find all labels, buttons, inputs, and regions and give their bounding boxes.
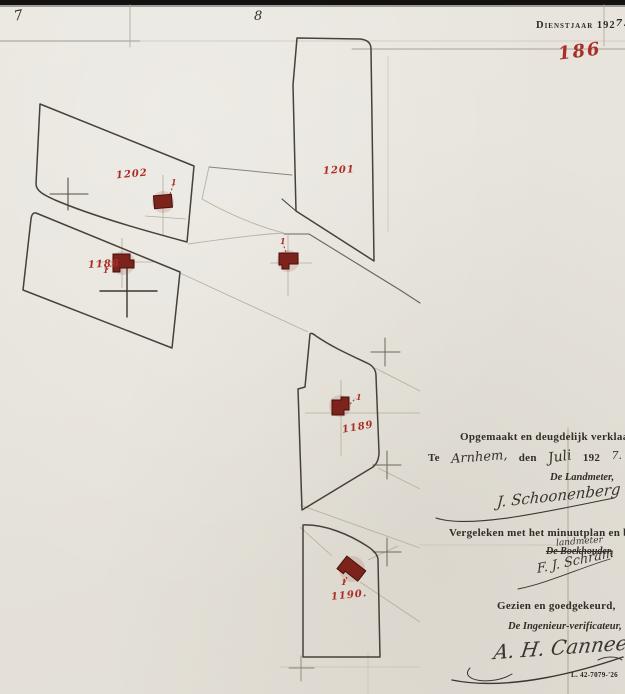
date-line: Te Arnhem, den Juli 192 7.: [428, 449, 622, 465]
house-number-1202: 1: [171, 177, 177, 187]
strip-parcel-top: [209, 167, 292, 175]
approval-line: Gezien en goedgekeurd,: [497, 600, 616, 612]
month-handwritten: Juli: [547, 447, 573, 466]
cadastral-sheet: 7 8 Dienstjaar 1927. 186 1202 1201 1188 …: [0, 0, 625, 694]
house-number-ticks: [107, 183, 356, 584]
parcel-1201-outline: [293, 38, 374, 261]
dienstjaar-year-digit: 7.: [616, 18, 625, 29]
sheet-number-right: 8: [254, 9, 262, 24]
te-label: Te: [428, 452, 440, 464]
year-digit-handwritten: 7.: [611, 449, 622, 462]
strip-parcel-edge: [284, 234, 420, 303]
grid-lines: [0, 5, 625, 694]
map-drawing: [0, 0, 625, 694]
house-number-1189: 1: [356, 392, 362, 402]
building-1202: [153, 194, 172, 209]
declaration-line: Opgemaakt en deugdelijk verklaard.: [460, 431, 625, 443]
parcel-corner-cut: [282, 199, 296, 211]
verifier-role: De Ingenieur-verificateur,: [508, 621, 622, 632]
den-label: den: [519, 452, 537, 464]
house-number-1188: 1: [103, 265, 109, 275]
place-handwritten: Arnhem,: [451, 448, 508, 467]
road-lines: [180, 167, 420, 548]
dienstjaar-label: Dienstjaar 1927.: [536, 20, 625, 31]
year-printed: 192: [583, 452, 600, 464]
print-code: L. 42-7079-'26: [571, 671, 618, 679]
construction-lines: [96, 175, 420, 622]
house-number-1190: 1: [341, 577, 347, 587]
buildings: [107, 183, 366, 584]
house-number-1201: 1: [280, 236, 286, 246]
parcel-label-1201: 1201: [323, 164, 355, 177]
dienstjaar-printed: Dienstjaar 192: [536, 20, 616, 31]
